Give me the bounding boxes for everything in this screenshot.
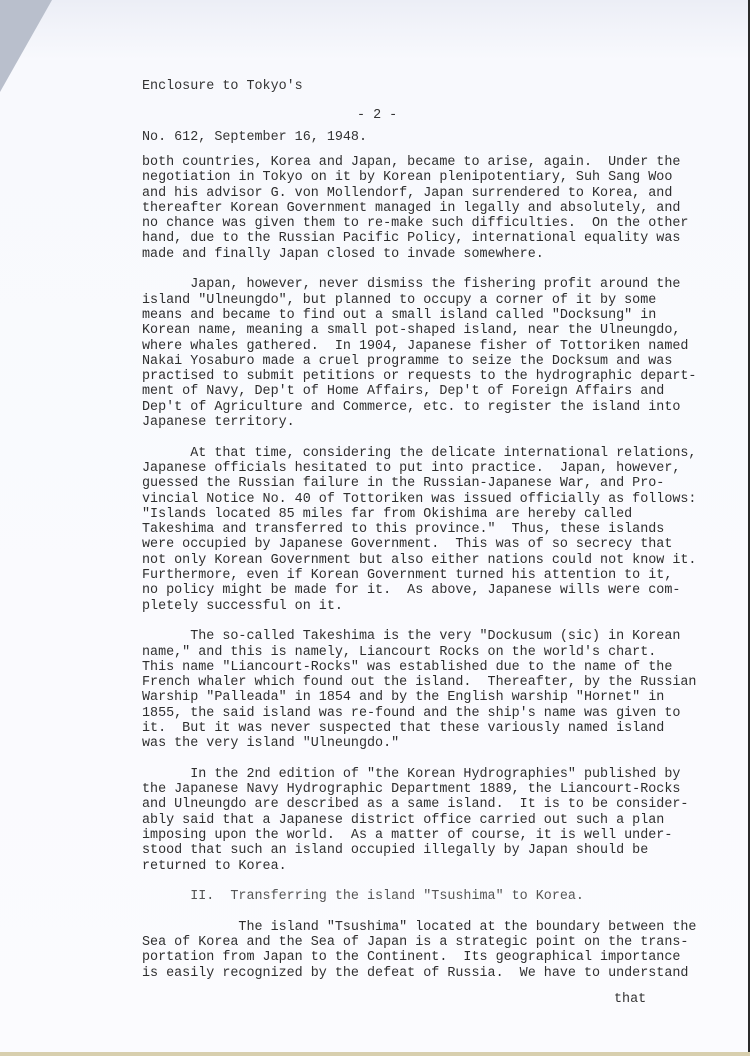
text-line: French whaler which found out the island… xyxy=(142,675,662,690)
text-line: Korean name, meaning a small pot-shaped … xyxy=(142,323,662,338)
text-line: no chance was given them to re-make such… xyxy=(142,216,662,231)
text-line: portation from Japan to the Continent. I… xyxy=(142,950,662,965)
text-line: island "Ulneungdo", but planned to occup… xyxy=(142,293,662,308)
paragraph: At that time, considering the delicate i… xyxy=(142,446,662,614)
text-line: guessed the Russian failure in the Russi… xyxy=(142,476,662,491)
paragraph: The so-called Takeshima is the very "Doc… xyxy=(142,629,662,751)
text-line: hand, due to the Russian Pacific Policy,… xyxy=(142,231,662,246)
text-line: returned to Korea. xyxy=(142,859,662,874)
text-line: Takeshima and transferred to this provin… xyxy=(142,522,662,537)
text-line: stood that such an island occupied illeg… xyxy=(142,843,662,858)
text-line: Furthermore, even if Korean Government t… xyxy=(142,568,662,583)
text-line: means and became to find out a small isl… xyxy=(142,308,662,323)
text-line: name," and this is namely, Liancourt Roc… xyxy=(142,645,662,660)
text-line: ment of Navy, Dep't of Home Affairs, Dep… xyxy=(142,384,662,399)
text-line: Japan, however, never dismiss the fisher… xyxy=(142,277,662,292)
text-line: the Japanese Navy Hydrographic Departmen… xyxy=(142,782,662,797)
text-line: In the 2nd edition of "the Korean Hydrog… xyxy=(142,767,662,782)
text-line: both countries, Korea and Japan, became … xyxy=(142,155,662,170)
text-line: not only Korean Government but also eith… xyxy=(142,553,662,568)
page-corner-fold xyxy=(0,0,52,92)
text-line: made and finally Japan closed to invade … xyxy=(142,247,662,262)
text-line: and Ulneungdo are described as a same is… xyxy=(142,797,662,812)
paragraph: both countries, Korea and Japan, became … xyxy=(142,155,662,262)
text-line: Sea of Korea and the Sea of Japan is a s… xyxy=(142,935,662,950)
text-line: At that time, considering the delicate i… xyxy=(142,446,662,461)
text-line: The so-called Takeshima is the very "Doc… xyxy=(142,629,662,644)
paragraph: Japan, however, never dismiss the fisher… xyxy=(142,277,662,430)
text-line: Nakai Yosaburo made a cruel programme to… xyxy=(142,354,662,369)
scan-edge-bottom xyxy=(0,1052,750,1056)
paragraph-list: both countries, Korea and Japan, became … xyxy=(142,155,662,874)
text-line: were occupied by Japanese Government. Th… xyxy=(142,537,662,552)
text-line: where whales gathered. In 1904, Japanese… xyxy=(142,339,662,354)
text-line: imposing upon the world. As a matter of … xyxy=(142,828,662,843)
text-line: Japanese officials hesitated to put into… xyxy=(142,461,662,476)
text-line: ably said that a Japanese district offic… xyxy=(142,813,662,828)
text-line: negotiation in Tokyo on it by Korean ple… xyxy=(142,170,662,185)
header-line-1: Enclosure to Tokyo's xyxy=(142,78,367,95)
text-line: it. But it was never suspected that thes… xyxy=(142,721,662,736)
document-body: both countries, Korea and Japan, became … xyxy=(142,155,662,996)
document-page: Enclosure to Tokyo's No. 612, September … xyxy=(0,0,750,1056)
text-line: Warship "Palleada" in 1854 and by the En… xyxy=(142,690,662,705)
text-line: no policy might be made for it. As above… xyxy=(142,583,662,598)
header-line-2: No. 612, September 16, 1948. xyxy=(142,129,367,146)
text-line: was the very island "Ulneungdo." xyxy=(142,736,662,751)
text-line: is easily recognized by the defeat of Ru… xyxy=(142,966,662,981)
section-heading: II. Transferring the island "Tsushima" t… xyxy=(142,889,662,904)
text-line: thereafter Korean Government managed in … xyxy=(142,201,662,216)
page-number: - 2 - xyxy=(357,108,397,123)
continuation-word: that xyxy=(614,992,646,1007)
text-line: This name "Liancourt-Rocks" was establis… xyxy=(142,660,662,675)
text-line: The island "Tsushima" located at the bou… xyxy=(142,920,662,935)
text-line: Japanese territory. xyxy=(142,415,662,430)
text-line: and his advisor G. von Mollendorf, Japan… xyxy=(142,186,662,201)
text-line: 1855, the said island was re-found and t… xyxy=(142,706,662,721)
text-line: Dep't of Agriculture and Commerce, etc. … xyxy=(142,400,662,415)
paragraph-final: The island "Tsushima" located at the bou… xyxy=(142,920,662,981)
text-line: practised to submit petitions or request… xyxy=(142,369,662,384)
text-line: "Islands located 85 miles far from Okish… xyxy=(142,507,662,522)
paragraph: In the 2nd edition of "the Korean Hydrog… xyxy=(142,767,662,874)
text-line: vincial Notice No. 40 of Tottoriken was … xyxy=(142,492,662,507)
text-line: pletely successful on it. xyxy=(142,599,662,614)
